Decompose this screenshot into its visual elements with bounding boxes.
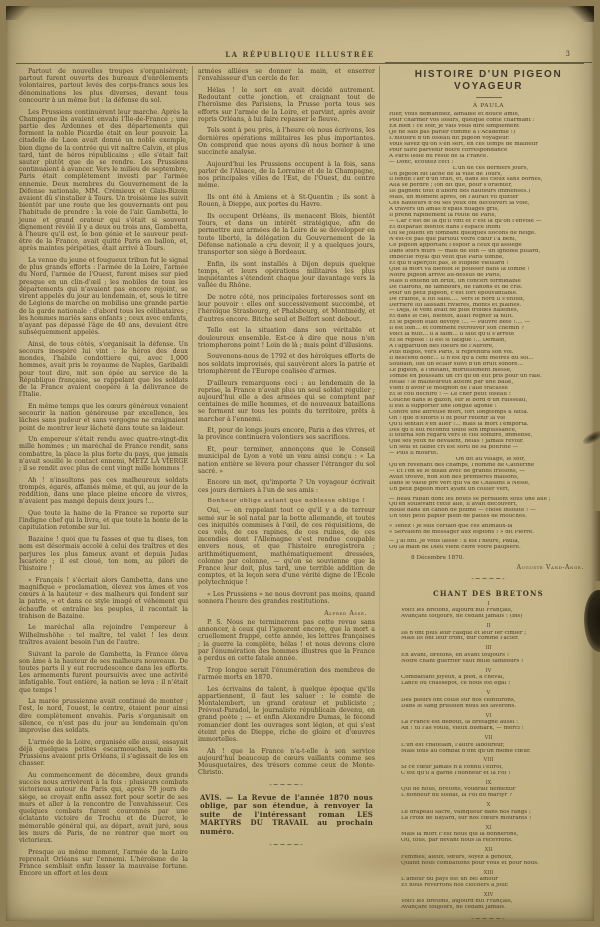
verse-line: Et nous reverrons nos clochers à jour. [385, 883, 592, 889]
ornament-divider: -~~~~- [198, 781, 375, 789]
stanza-number: III [385, 645, 592, 651]
paragraph: Souvenons-nous de 1792 et des héroïques … [198, 353, 375, 375]
stanza-number: XIII [385, 870, 592, 876]
paragraph: Ils occupent Orléans, ils menacent Blois… [198, 213, 375, 256]
signature: Alfred Asse. [198, 610, 375, 617]
date-line: 8 Décembre 1870. [385, 555, 592, 561]
centered-line: À PAULA [385, 103, 592, 110]
paragraph: Partout de nouvelles troupes s'organisèr… [19, 68, 188, 104]
section-heading: CHANT DES BRETONS [385, 589, 592, 598]
verse-stanza: Hier, vous demandiez, aimable et douce a… [385, 112, 592, 493]
stanza-number: X [385, 802, 592, 808]
stanza-number: IV [385, 668, 592, 674]
stanza-number: XI [385, 825, 592, 831]
paragraph: L'armée de la Loire, organisée elle auss… [19, 739, 188, 768]
verse-line: Avançant toujours, ne cédant jamais. [385, 905, 592, 911]
paragraph: Trop longue serait l'énumération des mem… [198, 667, 375, 681]
column-divider-right [379, 66, 380, 801]
paragraph: Les Prussiens continuèrent leur marche. … [19, 109, 188, 253]
verse-line: Notre chant guerrier vaut mille tambours… [385, 659, 592, 665]
couplet-stanza: VILa France est debout, la Bretagne auss… [385, 713, 592, 732]
paragraph: Encore un mot, qu'importe ? Un voyageur … [198, 479, 375, 493]
newspaper-page: LA RÉPUBLIQUE ILLUSTRÉE 3 Partout de nou… [0, 0, 600, 927]
verse-stanza: — J'ai fini. Je vous laisse : il est l'h… [385, 539, 592, 551]
paragraph: « Les Prussiens » ne nous devront pas mo… [198, 591, 375, 605]
paragraph: Presque au même moment, l'armée de la Lo… [19, 849, 188, 878]
couplet-stanza: XIVVoici les Bretons, aujourd'hui França… [385, 892, 592, 911]
stanza-number: VI [385, 713, 592, 719]
paragraph: Telle est la situation dans son véritabl… [198, 327, 375, 349]
stanza-number: V [385, 690, 592, 696]
headline-underline [476, 97, 502, 98]
paragraph: Que toute la haine de la France se repor… [19, 510, 188, 532]
column-left: Partout de nouvelles troupes s'organisèr… [19, 68, 188, 882]
couplet-stanza: XIIFemmes, aïeux, sœurs, soyez à genoux,… [385, 847, 592, 866]
column-middle: armées alliées se donner la main, et ens… [198, 68, 375, 853]
scan-shadow-top-right [568, 6, 594, 22]
centered-line: Bonheur oblige autant que noblesse oblig… [198, 498, 375, 505]
paragraph: P. S. Nous ne terminerons pas cette revu… [198, 619, 375, 662]
paragraph: Tels sont à peu près, à l'heure où nous … [198, 127, 375, 156]
paragraph: Bazaine ! quoi que tu fasses et que tu d… [19, 536, 188, 572]
paragraph: Ainsi, de tous côtés, s'organisait la dé… [19, 341, 188, 399]
verse-line: « Servaient de messager aux espions ! » … [389, 530, 592, 536]
verse-line: Un tout petit papier plein de pattes de … [389, 514, 592, 520]
ornament-divider: -~~~~- [198, 841, 375, 849]
paragraph-continuation: armées alliées se donner la main, et ens… [198, 68, 375, 82]
stanza-number: XII [385, 847, 592, 853]
notice-paragraph: AVIS. — La Revue de l'année 1870 nous ob… [200, 794, 373, 836]
paragraph: Et, pour de longs jours encore, Paris a … [198, 427, 375, 441]
paragraph: Le maréchal alla rejoindre l'empereur à … [19, 624, 188, 646]
couplet-stanza: IXQui de nous, Bretons, voudrait démenti… [385, 780, 592, 799]
signature: Auguste Vand-Ange. [385, 564, 592, 571]
paragraph: D'ailleurs remarquons ceci : au lendemai… [198, 380, 375, 423]
verse-line: Où la main de Dieu vient clore votre pau… [389, 545, 592, 551]
stanza-number: I [385, 601, 592, 607]
paragraph: Ils ont été à Amiens et à St-Quentin ; i… [198, 194, 375, 208]
column-right: HISTOIRE D'UN PIGEON VOYAGEURÀ PAULAHier… [385, 62, 592, 927]
paper-sheet: LA RÉPUBLIQUE ILLUSTRÉE 3 Partout de nou… [6, 6, 594, 921]
ornament-divider: -~~~~- [385, 915, 592, 923]
couplet-stanza: IIIls n'ont plus leur casque et leur fer… [385, 623, 592, 642]
ink-streak [594, 511, 600, 581]
verse-stanza: — Beau ruban dont les bouts se perdaient… [385, 497, 592, 521]
stanza-number: VIII [385, 757, 592, 763]
couplet-stanza: VDes pleurs ont coulé sur nos ceinturons… [385, 690, 592, 709]
paragraph: Les écrivains de talent, à quelque époqu… [198, 686, 375, 744]
stanza-number: XIV [385, 892, 592, 898]
verse-line: L'honneur du soldat, la Foi du martyr ? [385, 793, 592, 799]
verse-line: La croix de Bayard, sur nos cœurs mouran… [385, 816, 592, 822]
article-headline-wrap: HISTOIRE D'UN PIGEON VOYAGEUR [385, 62, 592, 98]
couplet-stanza: VIIL'un est châtelain, l'autre laboureur… [385, 735, 592, 754]
paragraph: Au commencement de décembre, deux grands… [19, 772, 188, 844]
paragraph: Un empereur s'était rendu avec quatre-vi… [19, 436, 188, 472]
paragraph: Oui, — en rappelant tout ce qu'il y a de… [198, 507, 375, 586]
verse-line: C'est qu'il a gardé l'honneur et la Foi … [385, 771, 592, 777]
verse-line: Un petit pigeon mort ayant un collier ve… [389, 487, 592, 493]
paragraph: De notre côté, nos principales forteress… [198, 294, 375, 323]
verse-line: Ou, tous, par devant nous la recevrons. [385, 838, 592, 844]
couplet-stanza: XLe drapeau sacré, vainqueur dans nos ra… [385, 802, 592, 821]
paragraph: En même temps que les cœurs généreux ven… [19, 403, 188, 432]
paragraph: La marée prussienne avait continué de mo… [19, 698, 188, 734]
paragraph: Aujourd'hui les Prussiens occupent à la … [198, 161, 375, 190]
paragraph: Et, pour terminer, annonçons que le Cons… [198, 446, 375, 475]
stanza-number: II [385, 623, 592, 629]
scan-shadow-top-left [6, 6, 36, 20]
paragraph: Ah ! que la France n'a-t-elle à son serv… [198, 748, 375, 777]
newspaper-masthead: LA RÉPUBLIQUE ILLUSTRÉE [6, 50, 594, 60]
paragraph: Suivant la parole de Gambetta, la France… [19, 651, 188, 694]
verse-line: Dans le sang prussien nous les laverons. [385, 704, 592, 710]
verse-line: Mais ils ont leur front, dur comme l'aci… [385, 636, 592, 642]
paragraph: Ah ! n'insultons pas ces malheureux sold… [19, 477, 188, 506]
paragraph: « Français ! s'écriait alors Gambetta, d… [19, 577, 188, 620]
couplet-stanza: VIIISi ce cœur jamais n'a connu l'effroi… [385, 757, 592, 776]
paragraph: Hélas ! le sort en avait décidé autremen… [198, 87, 375, 123]
couplet-stanza: IVoici les Bretons, aujourd'hui Français… [385, 601, 592, 620]
couplet-stanza: IVCombattant joyeux, à pied, à cheval,La… [385, 668, 592, 687]
article-headline: HISTOIRE D'UN PIGEON VOYAGEUR [385, 62, 592, 93]
page-number: 3 [566, 50, 570, 58]
ornament-divider: -~~~~- [385, 575, 592, 583]
couplet-stanza: XIIIL'amour du pays est un bel amourEt n… [385, 870, 592, 889]
couplet-stanza: IIIEn avant, Bretons, en avant toujours … [385, 645, 592, 664]
verse-stanza: « Tenez ! je suis certain que ces animau… [385, 524, 592, 536]
verse-line: Lance ou chassepot, ce nous est égal ! [385, 681, 592, 687]
verse-line: Mais tous au combat n'ont qu'un même cœu… [385, 749, 592, 755]
column-divider-left [192, 66, 193, 801]
newspaper-title: LA RÉPUBLIQUE ILLUSTRÉE [225, 50, 375, 59]
stanza-number: IX [385, 780, 592, 786]
couplet-stanza: XIMais la mort c'est nous qui la donnero… [385, 825, 592, 844]
paragraph: Enfin, ils sont installés à Dijon depuis… [198, 261, 375, 290]
verse-line: Ah ! tu l'as voulu, vieux Bismark, — mer… [385, 726, 592, 732]
paragraph: La venue du jeune et fougueux tribun fut… [19, 257, 188, 336]
verse-line: Avançant toujours, ne cédant jamais ! (b… [385, 614, 592, 620]
stanza-number: VII [385, 735, 592, 741]
verse-line: Quand nous combattons pour vous et pour … [385, 861, 592, 867]
